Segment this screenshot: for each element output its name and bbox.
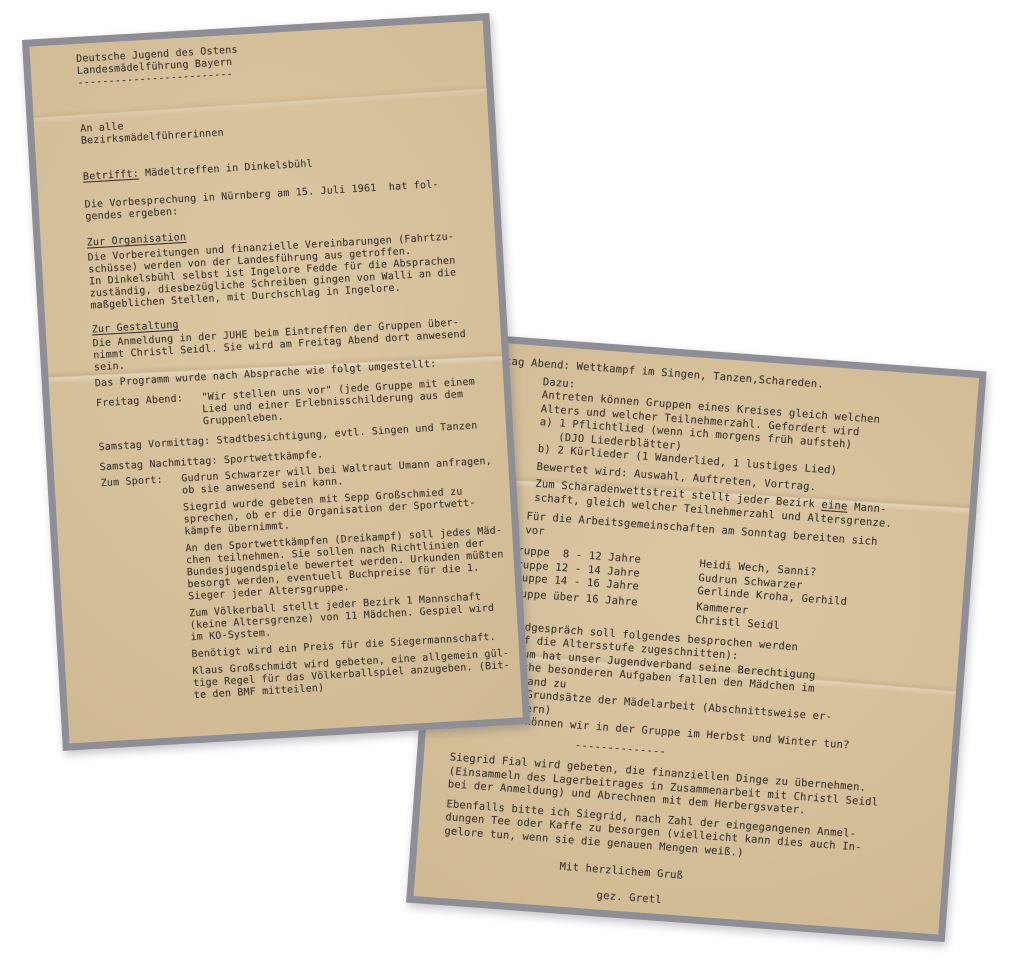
typed-text: Mann- [847,501,887,516]
typed-text: Mädeltreffen in Dinkelsbühl [139,158,314,179]
underlined-text: Zur Organisation [86,232,186,249]
underlined-text: Zur Gestaltung [91,319,179,335]
underlined-text: Betrifft: [83,169,140,183]
letter-page-left: Deutsche Jugend des OstensLandesmädelfüh… [22,13,530,751]
typed-line: Betrifft: Mädeltreffen in Dinkelsbühl [83,149,485,184]
underlined-text: eine [821,499,848,513]
typed-text-left: Deutsche Jugend des OstensLandesmädelfüh… [29,20,520,709]
scan-background: Samstag Abend: Wettkampf im Singen, Tanz… [0,0,1012,960]
